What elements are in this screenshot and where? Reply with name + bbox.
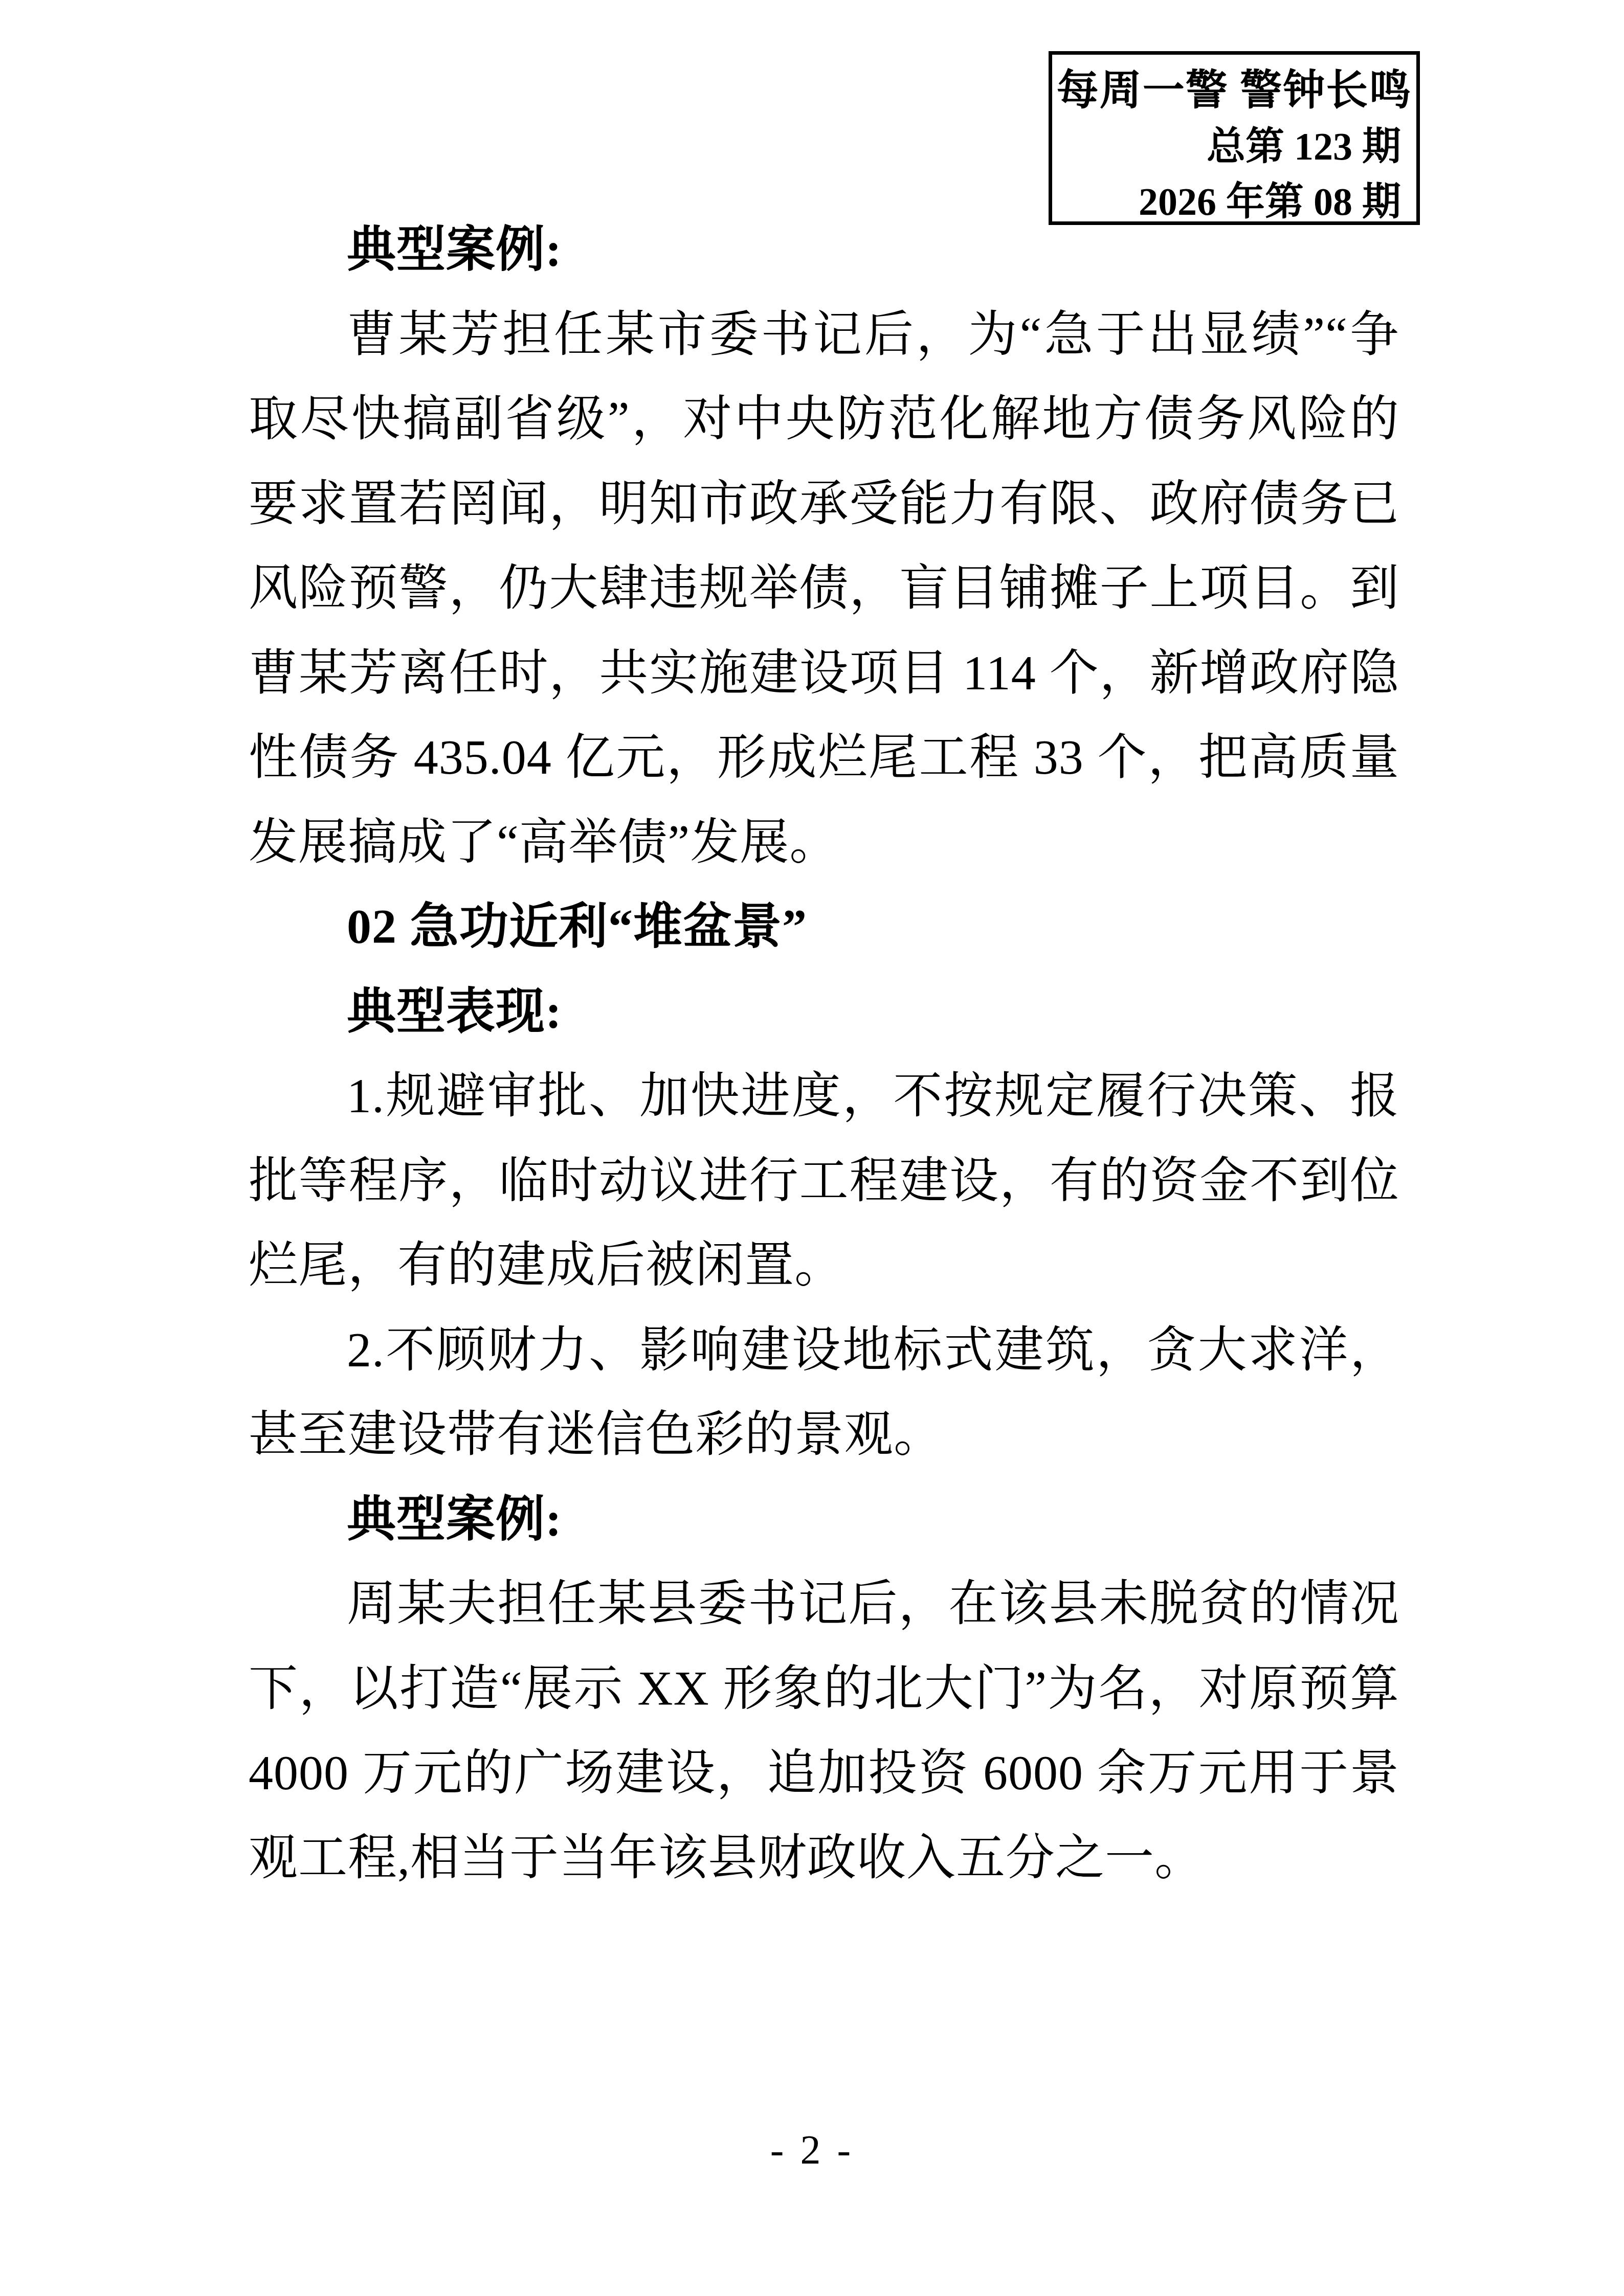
text-line: 性债务 435.04 亿元，形成烂尾工程 33 个，把高质量 [249, 715, 1399, 800]
issue-header-title: 每周一警 警钟长鸣 [1052, 62, 1416, 119]
document-page: 每周一警 警钟长鸣 总第 123 期 2026 年第 08 期 典型案例:曹某芳… [0, 0, 1624, 2296]
text-line: 典型案例: [249, 207, 1399, 292]
text-line: 批等程序，临时动议进行工程建设，有的资金不到位 [249, 1138, 1399, 1223]
text-line: 周某夫担任某县委书记后，在该县未脱贫的情况 [249, 1561, 1399, 1646]
page-number: - 2 - [0, 2122, 1624, 2178]
text-line: 2.不顾财力、影响建设地标式建筑，贪大求洋， [249, 1308, 1399, 1392]
text-line: 02 急功近利“堆盆景” [249, 884, 1399, 969]
text-line: 曹某芳离任时，共实施建设项目 114 个，新增政府隐 [249, 631, 1399, 715]
text-line: 观工程,相当于当年该县财政收入五分之一。 [249, 1815, 1399, 1900]
text-line: 取尽快搞副省级”，对中央防范化解地方债务风险的 [249, 376, 1399, 461]
body-text: 典型案例:曹某芳担任某市委书记后，为“急于出显绩”“争取尽快搞副省级”，对中央防… [249, 207, 1399, 1900]
issue-total-number: 总第 123 期 [1052, 119, 1416, 174]
issue-header-box: 每周一警 警钟长鸣 总第 123 期 2026 年第 08 期 [1049, 51, 1420, 225]
text-line: 烂尾，有的建成后被闲置。 [249, 1223, 1399, 1308]
text-line: 要求置若罔闻，明知市政承受能力有限、政府债务已 [249, 461, 1399, 546]
text-line: 4000 万元的广场建设，追加投资 6000 余万元用于景 [249, 1730, 1399, 1815]
text-line: 典型表现: [249, 969, 1399, 1054]
text-line: 典型案例: [249, 1477, 1399, 1562]
text-line: 下，以打造“展示 XX 形象的北大门”为名，对原预算 [249, 1646, 1399, 1731]
text-line: 1.规避审批、加快进度，不按规定履行决策、报 [249, 1053, 1399, 1138]
text-line: 发展搞成了“高举债”发展。 [249, 800, 1399, 885]
text-line: 曹某芳担任某市委书记后，为“急于出显绩”“争 [249, 292, 1399, 377]
text-line: 风险预警，仍大肆违规举债，盲目铺摊子上项目。到 [249, 546, 1399, 631]
text-line: 甚至建设带有迷信色彩的景观。 [249, 1392, 1399, 1477]
